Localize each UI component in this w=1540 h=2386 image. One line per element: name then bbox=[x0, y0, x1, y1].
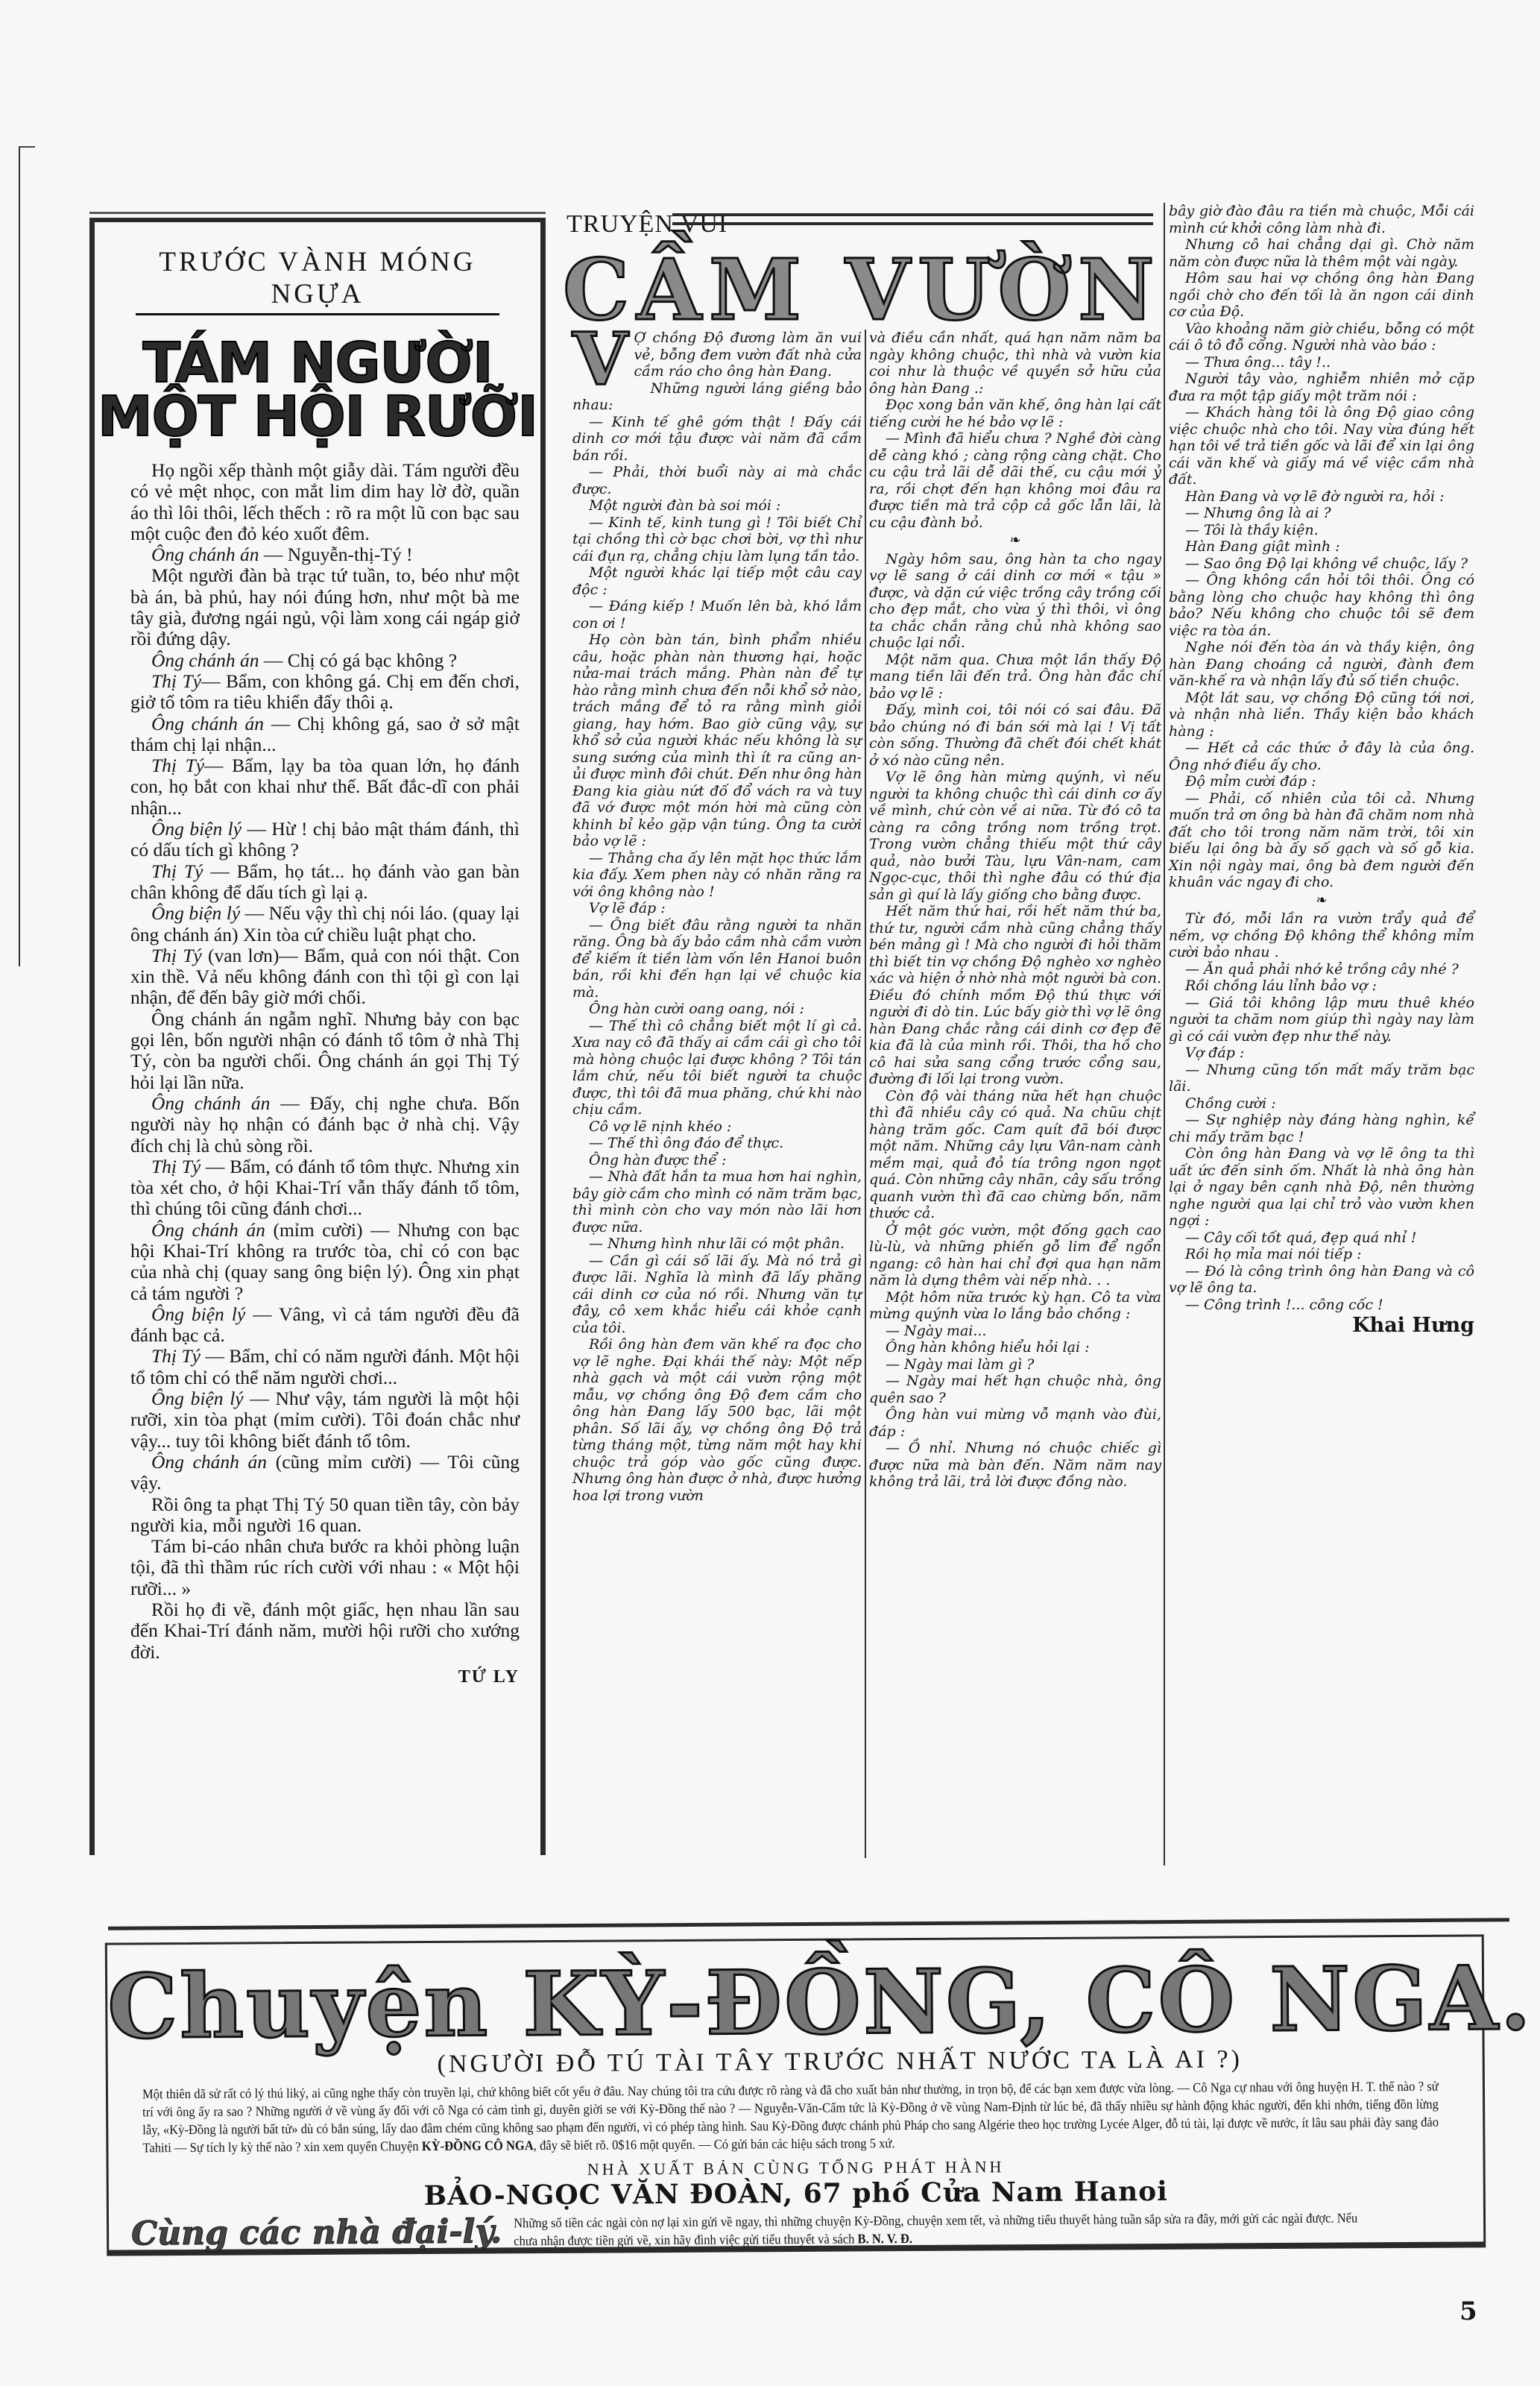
story-paragraph: — Ngày mai hết hạn chuộc nhà, ông quên s… bbox=[869, 1373, 1161, 1406]
article-title-line-2: MỘT HỘI RƯỠI bbox=[95, 390, 540, 444]
ad-book-name: KỲ-ĐỒNG CÔ NGA bbox=[422, 2138, 534, 2153]
story-paragraph: — Thưa ông... tây !.. bbox=[1169, 354, 1474, 371]
speaker-name: Ông biện lý bbox=[151, 1303, 245, 1325]
story-paragraph: Một năm qua. Chưa một lần thấy Độ mang t… bbox=[869, 652, 1161, 702]
article-paragraph: Tám bi-cáo nhân chưa bước ra khỏi phòng … bbox=[130, 1536, 520, 1599]
story-paragraph: Một lát sau, vợ chồng Độ cũng tới nơi, v… bbox=[1169, 690, 1474, 740]
article-paragraph: Ông chánh án (mỉm cười) — Nhưng con bạc … bbox=[130, 1220, 520, 1304]
article-paragraph: Ông chánh án — Đấy, chị nghe chưa. Bốn n… bbox=[130, 1093, 520, 1156]
story-paragraph: Nghe nói đến tòa án và thầy kiện, ông hà… bbox=[1169, 639, 1474, 690]
story-paragraph: — Giá tôi không lập mưu thuê khéo người … bbox=[1169, 995, 1474, 1045]
speaker-name: Ông biện lý bbox=[151, 902, 240, 924]
article-paragraph: Ông biện lý — Như vậy, tám người là một … bbox=[130, 1388, 520, 1452]
story-paragraph: Chồng cười : bbox=[1169, 1095, 1474, 1112]
speaker-name: Thị Tý bbox=[151, 755, 204, 776]
story-paragraph: — Nhưng hình như lãi có một phân. bbox=[572, 1236, 862, 1253]
article-paragraph: Ông chánh án — Nguyễn-thị-Tý ! bbox=[130, 544, 520, 565]
story-paragraph: — Ngày mai làm gì ? bbox=[869, 1356, 1161, 1373]
story-paragraph: Một người đàn bà soi mói : bbox=[572, 497, 862, 514]
article-paragraph: Thị Tý (van lơn)— Bẩm, quả con nói thật.… bbox=[130, 945, 520, 1009]
story-paragraph: Ông hàn được thể : bbox=[572, 1152, 862, 1169]
story-paragraph: Ở một góc vườn, một đống gạch cao lù-lù,… bbox=[869, 1222, 1161, 1289]
story-paragraph: — Nhưng ông là ai ? bbox=[1169, 505, 1474, 522]
story-paragraph: Ngày hôm sau, ông hàn ta cho ngay vợ lẽ … bbox=[869, 551, 1161, 652]
story-paragraph: và điều cần nhất, quá hạn năm năm ba ngà… bbox=[869, 330, 1161, 397]
article-paragraph: Ông biện lý — Nếu vậy thì chị nói láo. (… bbox=[130, 903, 520, 945]
story-paragraph: — Phải, cố nhiên của tôi cả. Nhưng muốn … bbox=[1169, 790, 1474, 891]
section-divider-icon: ❧ bbox=[1169, 893, 1474, 910]
speaker-name: Ông chánh án bbox=[151, 1219, 265, 1241]
story-paragraph: — Hết cả các thức ở đây là của ông. Ông … bbox=[1169, 740, 1474, 773]
story-paragraph: Hết năm thứ hai, rồi hết năm thứ ba, thứ… bbox=[869, 903, 1161, 1088]
drop-cap: V bbox=[572, 331, 628, 388]
story-paragraph: — Ồ nhỉ. Nhưng nó chuộc chiếc gì được nữ… bbox=[869, 1440, 1161, 1491]
story-paragraph: Vào khoảng năm giờ chiều, bỗng có một cá… bbox=[1169, 321, 1474, 354]
story-column-2: và điều cần nhất, quá hạn năm năm ba ngà… bbox=[869, 330, 1161, 1491]
article-paragraph: Ông biện lý — Hừ ! chị bảo mật thám đánh… bbox=[130, 819, 520, 861]
speaker-name: Thị Tý bbox=[151, 860, 203, 882]
story-paragraph: — Nhưng cũng tốn mất mấy trăm bạc lãi. bbox=[1169, 1062, 1474, 1095]
page-number: 5 bbox=[1459, 2297, 1477, 2326]
story-paragraph: — Mình đã hiểu chưa ? Nghề đời càng dễ c… bbox=[869, 430, 1161, 531]
story-paragraph: Cô vợ lẽ nịnh khéo : bbox=[572, 1118, 862, 1136]
story-paragraph: Vợ lẽ ông hàn mừng quýnh, vì nếu người t… bbox=[869, 769, 1161, 903]
story-paragraph: Còn ông hàn Đang và vợ lẽ ông ta thì uất… bbox=[1169, 1145, 1474, 1230]
story-paragraph: Vợ đáp : bbox=[1169, 1045, 1474, 1062]
section-label: TRƯỚC VÀNH MÓNG NGỰA bbox=[136, 246, 499, 315]
story-paragraph: — Ông không cần hỏi tôi thôi. Ông có bằn… bbox=[1169, 572, 1474, 639]
page-edge-tick bbox=[19, 146, 35, 148]
speaker-name: Thị Tý bbox=[151, 1156, 201, 1177]
story-paragraph: — Tôi là thầy kiện. bbox=[1169, 522, 1474, 539]
story-paragraph: Rồi ông hàn đem văn khế ra đọc cho vợ lẽ… bbox=[572, 1336, 862, 1504]
header-rule bbox=[672, 222, 1153, 225]
story-paragraph: Từ đó, mỗi lần ra vườn trẩy quả để nếm, … bbox=[1169, 910, 1474, 961]
story-paragraph: — Ông biết đâu rằng người ta nhăn răng. … bbox=[572, 917, 862, 1001]
article-title: TÁM NGƯỜI MỘT HỘI RƯỠI bbox=[95, 336, 540, 444]
story-paragraph: — Thằng cha ấy lên mặt học thức lắm kia … bbox=[572, 850, 862, 901]
column-divider bbox=[865, 330, 866, 1858]
story-column-1: V Ợ chồng Độ đương làm ăn vui vẻ, bỗng đ… bbox=[572, 330, 862, 1504]
story-paragraph: — Ngày mai... bbox=[869, 1323, 1161, 1340]
story-paragraph: Độ mỉm cười đáp : bbox=[1169, 773, 1474, 790]
story-title: CẦM VƯỜN bbox=[563, 246, 1159, 336]
story-paragraph: — Sao ông Độ lại không về chuộc, lấy ? bbox=[1169, 555, 1474, 573]
story-paragraph: Ông hàn cười oang oang, nói : bbox=[572, 1001, 862, 1018]
column-divider bbox=[1164, 203, 1165, 1866]
page-edge-mark bbox=[19, 146, 20, 966]
article-paragraph: Thị Tý— Bẩm, con không gá. Chị em đến ch… bbox=[130, 671, 520, 714]
story-paragraph: Hàn Đang giật mình : bbox=[1169, 538, 1474, 555]
story-author: Khai Hưng bbox=[1169, 1318, 1474, 1335]
story-paragraph: Hôm sau hai vợ chồng ông hàn Đang ngồi c… bbox=[1169, 270, 1474, 321]
story-paragraph: Còn độ vài tháng nữa hết hạn chuộc thì đ… bbox=[869, 1088, 1161, 1222]
section-divider-icon: ❧ bbox=[869, 532, 1161, 550]
story-paragraph: — Kinh tế ghê gớm thật ! Đấy cái dinh cơ… bbox=[572, 414, 862, 465]
court-column-article: TRƯỚC VÀNH MÓNG NGỰA TÁM NGƯỜI MỘT HỘI R… bbox=[89, 218, 546, 1855]
story-paragraph: Đấy, mình coi, tôi nói có sai đâu. Đã bả… bbox=[869, 702, 1161, 769]
agents-note: Những số tiền các ngài còn nợ lại xin gử… bbox=[514, 2209, 1378, 2250]
story-paragraph: Rồi chồng láu lỉnh bảo vợ : bbox=[1169, 978, 1474, 995]
story-paragraph: — Đáng kiếp ! Muốn lên bà, khó lắm con ơ… bbox=[572, 598, 862, 632]
article-author: TỨ LY bbox=[95, 1667, 540, 1687]
article-paragraph: Thị Tý — Bẩm, chỉ có năm người đánh. Một… bbox=[130, 1346, 520, 1388]
article-paragraph: Rồi ông ta phạt Thị Tý 50 quan tiền tây,… bbox=[130, 1494, 520, 1537]
ad-body: Một thiên dã sử rất có lý thú liký, ai c… bbox=[108, 2072, 1480, 2156]
story-paragraph: — Thế thì cô chẳng biết một lí gì cả. Xư… bbox=[572, 1018, 862, 1118]
ad-top-rule bbox=[108, 1918, 1509, 1930]
agents-heading: Cùng các nhà đại-lý. bbox=[131, 2212, 502, 2253]
story-paragraph: Họ còn bàn tán, bình phẩm nhiều câu, hoặ… bbox=[572, 632, 862, 850]
story-paragraph: Đọc xong bản văn khế, ông hàn lại cất ti… bbox=[869, 397, 1161, 430]
story-column-3: bây giờ đào đâu ra tiền mà chuộc, Mỗi cá… bbox=[1169, 203, 1474, 1335]
speaker-name: Thị Tý bbox=[151, 945, 202, 966]
story-paragraph: Một người khác lại tiếp một câu cay độc … bbox=[572, 564, 862, 598]
article-paragraph: Họ ngồi xếp thành một giẫy dài. Tám ngườ… bbox=[130, 460, 520, 544]
story-paragraph: — Cây cối tốt quá, đẹp quá nhỉ ! bbox=[1169, 1230, 1474, 1247]
article-body: Họ ngồi xếp thành một giẫy dài. Tám ngườ… bbox=[95, 444, 540, 1663]
newspaper-page: TRƯỚC VÀNH MÓNG NGỰA TÁM NGƯỜI MỘT HỘI R… bbox=[0, 0, 1540, 2386]
story-paragraph: — Kinh tế, kinh tung gì ! Tôi biết Chỉ t… bbox=[572, 514, 862, 565]
story-paragraph: Nhưng cô hai chẳng dại gì. Chờ năm năm c… bbox=[1169, 236, 1474, 270]
speaker-name: Ông biện lý bbox=[151, 1388, 244, 1409]
article-paragraph: Ông chánh án (cũng mỉm cười) — Tôi cũng … bbox=[130, 1452, 520, 1494]
article-paragraph: Thị Tý — Bẩm, họ tát... họ đánh vào gan … bbox=[130, 861, 520, 904]
speaker-name: Thị Tý bbox=[151, 670, 201, 692]
story-paragraph: — Đó là công trình ông hàn Đang và cô vợ… bbox=[1169, 1263, 1474, 1297]
story-paragraph: — Nhà đất hắn ta mua hơn hai nghìn, bây … bbox=[572, 1168, 862, 1236]
article-paragraph: Một người đàn bà trạc tứ tuần, to, béo n… bbox=[130, 565, 520, 649]
story-paragraph: — Khách hàng tôi là ông Độ giao công việ… bbox=[1169, 404, 1474, 488]
book-advertisement: Chuyện KỲ-ĐỒNG, CÔ NGA. (NGƯỜI ĐỖ TÚ TÀI… bbox=[105, 1934, 1486, 2256]
speaker-name: Thị Tý bbox=[151, 1345, 201, 1367]
speaker-name: Ông chánh án bbox=[151, 713, 264, 734]
story-paragraph: — Thế thì ông đáo để thực. bbox=[572, 1135, 862, 1152]
story-paragraph: — Ăn quả phải nhớ kẻ trồng cây nhé ? bbox=[1169, 961, 1474, 978]
story-paragraph: Một hôm nữa trước kỳ hạn. Cô ta vừa mừng… bbox=[869, 1289, 1161, 1323]
story-paragraph: — Sự nghiệp này đáng hàng nghìn, kể chi … bbox=[1169, 1112, 1474, 1145]
story-paragraph: — Cần gì cái số lãi ấy. Mà nó trả gì đượ… bbox=[572, 1253, 862, 1337]
story-paragraph: Hàn Đang và vợ lẽ đờ người ra, hỏi : bbox=[1169, 488, 1474, 506]
article-paragraph: Thị Tý — Bẩm, có đánh tổ tôm thực. Nhưng… bbox=[130, 1156, 520, 1220]
story-paragraph: — Phải, thời buổi này ai mà chắc được. bbox=[572, 464, 862, 497]
agents-notice: Cùng các nhà đại-lý. Những số tiền các n… bbox=[109, 2205, 1483, 2253]
article-paragraph: Thị Tý— Bẩm, lạy ba tòa quan lớn, họ đán… bbox=[130, 755, 520, 819]
ad-title: Chuyện KỲ-ĐỒNG, CÔ NGA. bbox=[107, 1950, 1483, 2055]
article-paragraph: Rồi họ đi về, đánh một giấc, hẹn nhau lầ… bbox=[130, 1599, 520, 1663]
story-paragraph: Vợ lẽ đáp : bbox=[572, 900, 862, 917]
article-paragraph: Ông chánh án — Chị không gá, sao ở sở mậ… bbox=[130, 714, 520, 756]
header-rule bbox=[672, 213, 1153, 216]
speaker-name: Ông chánh án bbox=[151, 544, 259, 565]
story-paragraph: Ông hàn không hiểu hỏi lại : bbox=[869, 1339, 1161, 1356]
story-paragraph: — Công trình !... công cốc ! bbox=[1169, 1297, 1474, 1314]
article-paragraph: Ông chánh án ngẫm nghĩ. Nhưng bảy con bạ… bbox=[130, 1009, 520, 1093]
speaker-name: Ông biện lý bbox=[151, 818, 242, 840]
article-paragraph: Ông chánh án — Chị có gá bạc không ? bbox=[130, 650, 520, 671]
speaker-name: Ông chánh án bbox=[151, 649, 259, 671]
speaker-name: Ông chánh án bbox=[151, 1092, 270, 1114]
story-paragraph: Rồi họ mỉa mai nói tiếp : bbox=[1169, 1246, 1474, 1263]
article-paragraph: Ông biện lý — Vâng, vì cả tám người đều … bbox=[130, 1304, 520, 1347]
speaker-name: Ông chánh án bbox=[151, 1451, 267, 1473]
story-paragraph: Người tây vào, nghiễm nhiên mở cặp đưa r… bbox=[1169, 371, 1474, 404]
story-paragraph: Ông hàn vui mừng vỗ mạnh vào đùi, đáp : bbox=[869, 1406, 1161, 1440]
story-paragraph: bây giờ đào đâu ra tiền mà chuộc, Mỗi cá… bbox=[1169, 203, 1474, 236]
article-title-line-1: TÁM NGƯỜI bbox=[95, 336, 540, 390]
